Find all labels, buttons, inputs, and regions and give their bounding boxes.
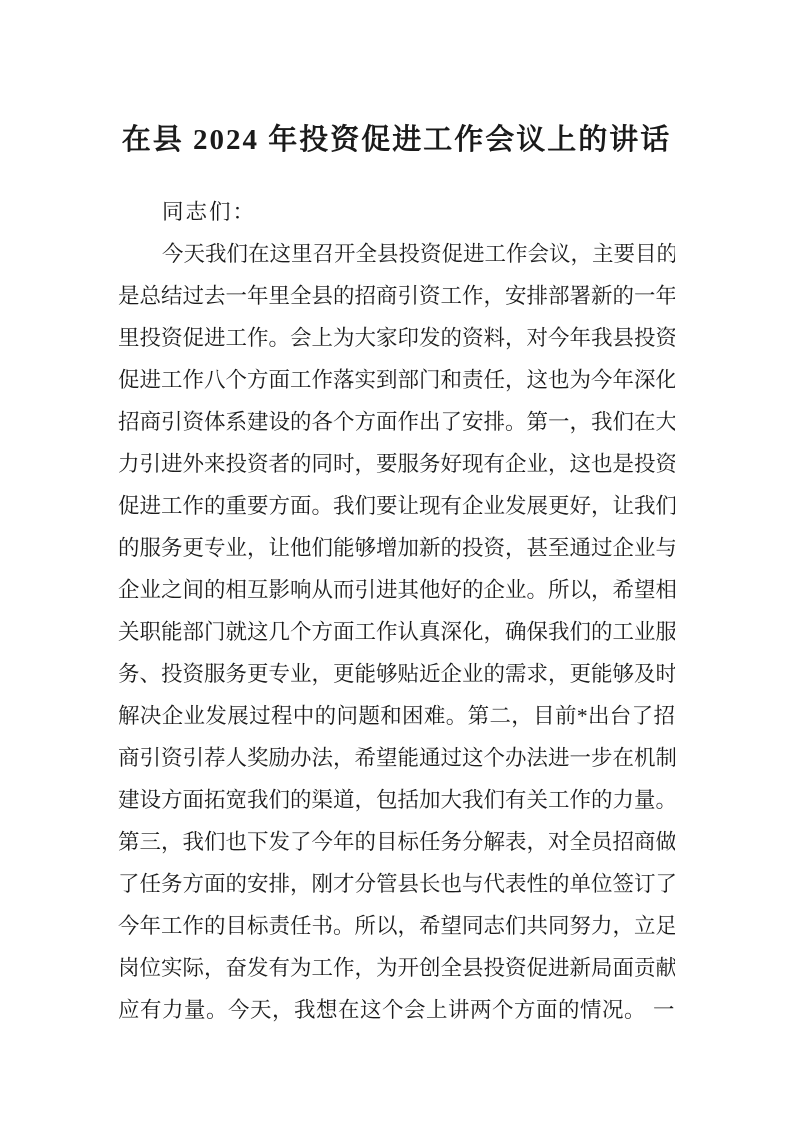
body-line: 力引进外来投资者的同时，要服务好现有企业，这也是投资 <box>118 443 675 485</box>
document-body: 同志们： 今天我们在这里召开全县投资促进工作会议，主要目的 是总结过去一年里全县… <box>118 191 675 1031</box>
body-line: 第三，我们也下发了今年的目标任务分解表，对全员招商做 <box>118 821 675 863</box>
body-line: 里投资促进工作。会上为大家印发的资料，对今年我县投资 <box>118 317 675 359</box>
body-last-line: 应有力量。今天，我想在这个会上讲两个方面的情况。 一 <box>118 989 675 1031</box>
document-title: 在县 2024 年投资促进工作会议上的讲话 <box>118 117 675 163</box>
body-line: 关职能部门就这几个方面工作认真深化，确保我们的工业服 <box>118 611 675 653</box>
body-line: 招商引资体系建设的各个方面作出了安排。第一，我们在大 <box>118 401 675 443</box>
document-page: 在县 2024 年投资促进工作会议上的讲话 同志们： 今天我们在这里召开全县投资… <box>0 0 793 1122</box>
body-line: 今天我们在这里召开全县投资促进工作会议，主要目的 <box>118 233 675 275</box>
body-line: 是总结过去一年里全县的招商引资工作，安排部署新的一年 <box>118 275 675 317</box>
body-line: 今年工作的目标责任书。所以，希望同志们共同努力，立足 <box>118 905 675 947</box>
body-line: 务、投资服务更专业，更能够贴近企业的需求，更能够及时 <box>118 653 675 695</box>
body-line: 促进工作八个方面工作落实到部门和责任，这也为今年深化 <box>118 359 675 401</box>
body-line: 岗位实际，奋发有为工作，为开创全县投资促进新局面贡献 <box>118 947 675 989</box>
body-line: 解决企业发展过程中的问题和困难。第二，目前*出台了招 <box>118 695 675 737</box>
greeting-line: 同志们： <box>118 191 675 233</box>
body-line: 企业之间的相互影响从而引进其他好的企业。所以，希望相 <box>118 569 675 611</box>
last-line-trailing: 一 <box>653 989 675 1031</box>
last-line-text: 应有力量。今天，我想在这个会上讲两个方面的情况。 <box>118 989 646 1031</box>
body-line: 促进工作的重要方面。我们要让现有企业发展更好，让我们 <box>118 485 675 527</box>
body-line: 商引资引荐人奖励办法，希望能通过这个办法进一步在机制 <box>118 737 675 779</box>
body-line: 的服务更专业，让他们能够增加新的投资，甚至通过企业与 <box>118 527 675 569</box>
body-line: 了任务方面的安排，刚才分管县长也与代表性的单位签订了 <box>118 863 675 905</box>
body-line: 建设方面拓宽我们的渠道，包括加大我们有关工作的力量。 <box>118 779 675 821</box>
